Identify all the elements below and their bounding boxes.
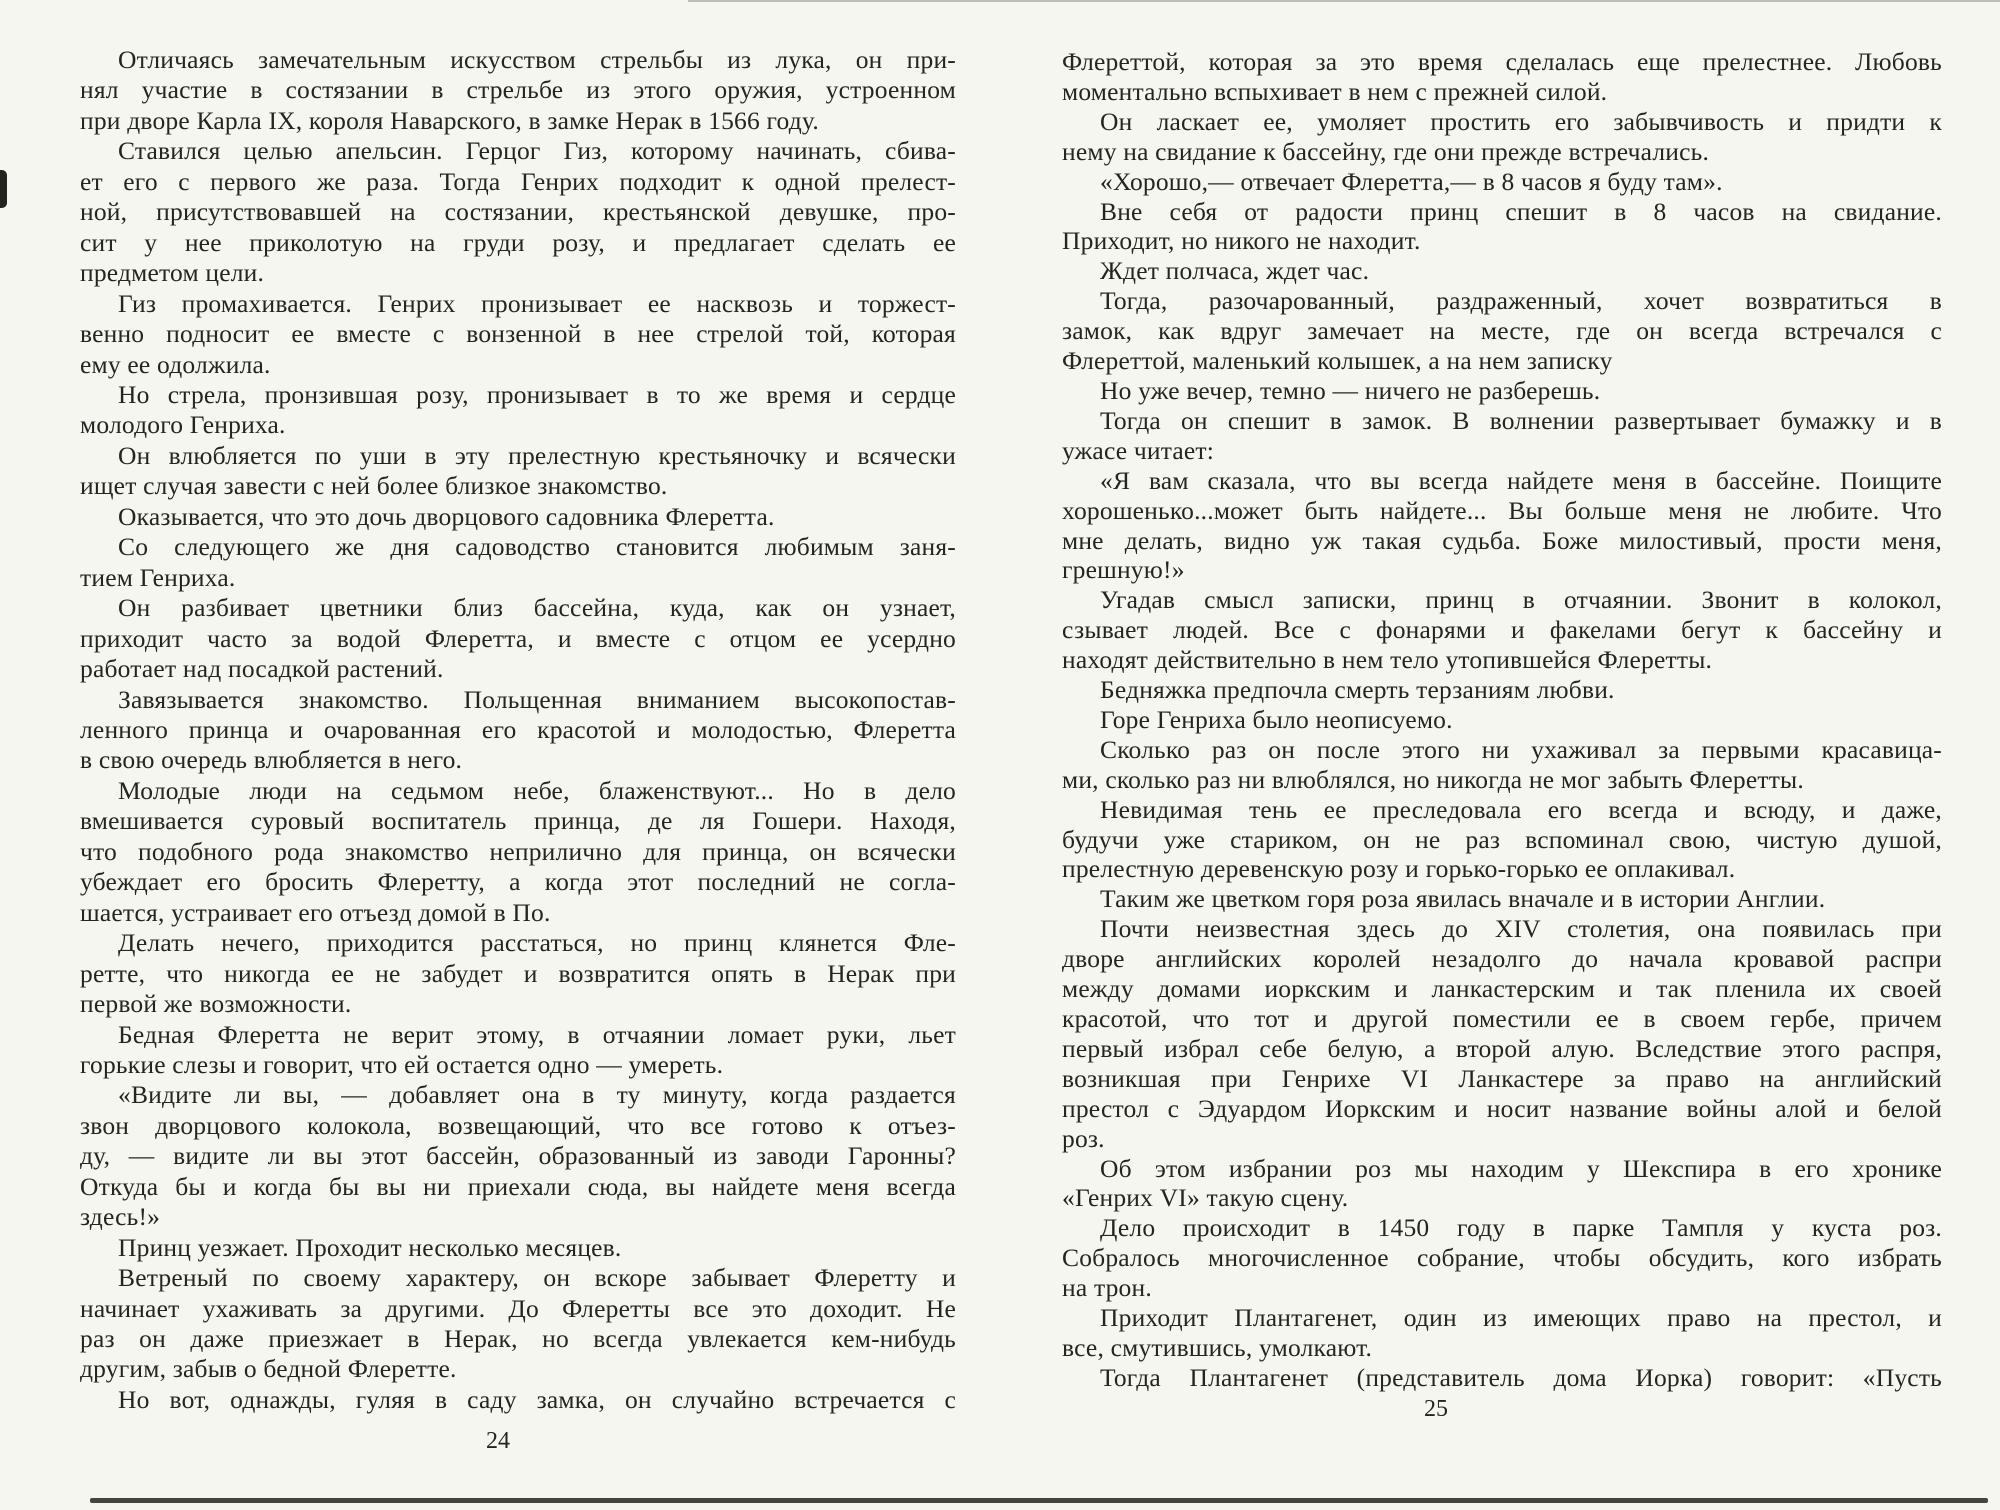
text-line: Делать нечего, приходится расстаться, но… xyxy=(80,928,956,958)
text-line: Флереттой, которая за это время сделалас… xyxy=(1062,47,1942,77)
text-line: Ждет полчаса, ждет час. xyxy=(1062,256,1942,286)
text-line: будучи уже стариком, он не раз вспоминал… xyxy=(1062,825,1942,855)
text-line: предметом цели. xyxy=(80,258,956,288)
book-spread: Отличаясь замечательным искусством стрел… xyxy=(0,0,2000,1510)
text-line: хорошенько...может быть найдете... Вы бо… xyxy=(1062,496,1942,526)
text-line: первой же возможности. xyxy=(80,989,956,1019)
text-line: вмешивается суровый воспитатель принца, … xyxy=(80,806,956,836)
text-line: ужасе читает: xyxy=(1062,436,1942,466)
text-line: убеждает его бросить Флеретту, а когда э… xyxy=(80,867,956,897)
text-line: Бедняжка предпочла смерть терзаниям любв… xyxy=(1062,675,1942,705)
text-line: другим, забыв о бедной Флеретте. xyxy=(80,1354,956,1384)
text-line: здесь!» xyxy=(80,1202,956,1232)
text-line: ми, сколько раз ни влюблялся, но никогда… xyxy=(1062,765,1942,795)
text-line: Почти неизвестная здесь до XIV столетия,… xyxy=(1062,914,1942,944)
text-line: в свою очередь влюбляется в него. xyxy=(80,745,956,775)
scan-artifact-bottom-line xyxy=(90,1498,1988,1503)
text-line: сзывает людей. Все с фонарями и факелами… xyxy=(1062,615,1942,645)
text-line: Ставился целью апельсин. Герцог Гиз, кот… xyxy=(80,136,956,166)
text-line: ной, присутствовавшей на состязании, кре… xyxy=(80,197,956,227)
text-line: работает над посадкой растений. xyxy=(80,654,956,684)
text-line: горькие слезы и говорит, что ей остается… xyxy=(80,1050,956,1080)
text-line: Он влюбляется по уши в эту прелестную кр… xyxy=(80,441,956,471)
text-line: все, смутившись, умолкают. xyxy=(1062,1333,1942,1363)
text-line: Об этом избрании роз мы находим у Шекспи… xyxy=(1062,1154,1942,1184)
text-line: престол с Эдуардом Иоркским и носит назв… xyxy=(1062,1094,1942,1124)
text-line: Дело происходит в 1450 году в парке Тамп… xyxy=(1062,1213,1942,1243)
text-line: Угадав смысл записки, принц в отчаянии. … xyxy=(1062,585,1942,615)
text-line: Завязывается знакомство. Польщенная вним… xyxy=(80,685,956,715)
text-line: «Хорошо,— отвечает Флеретта,— в 8 часов … xyxy=(1062,167,1942,197)
text-line: дворе английских королей незадолго до на… xyxy=(1062,944,1942,974)
text-line: между домами иоркским и ланкастерским и … xyxy=(1062,974,1942,1004)
text-line: молодого Генриха. xyxy=(80,410,956,440)
text-line: Тогда Плантагенет (представитель дома Ио… xyxy=(1062,1363,1942,1393)
text-line: Ветреный по своему характеру, он вскоре … xyxy=(80,1263,956,1293)
text-line: Приходит Плантагенет, один из имеющих пр… xyxy=(1062,1303,1942,1333)
text-line: ленного принца и очарованная его красото… xyxy=(80,715,956,745)
text-line: Горе Генриха было неописуемо. xyxy=(1062,705,1942,735)
page-25-text-column: Флереттой, которая за это время сделалас… xyxy=(1062,47,1942,1393)
text-line: начинает ухаживать за другими. До Флерет… xyxy=(80,1294,956,1324)
text-line: замок, как вдруг замечает на месте, где … xyxy=(1062,316,1942,346)
text-line: Бедная Флеретта не верит этому, в отчаян… xyxy=(80,1020,956,1050)
text-line: приходит часто за водой Флеретта, и вмес… xyxy=(80,624,956,654)
text-line: Таким же цветком горя роза явилась внача… xyxy=(1062,884,1942,914)
text-line: Он ласкает ее, умоляет простить его забы… xyxy=(1062,107,1942,137)
text-line: «Видите ли вы, — добавляет она в ту мину… xyxy=(80,1080,956,1110)
scan-artifact-top-line xyxy=(688,0,2000,2)
text-line: мне делать, видно уж такая судьба. Боже … xyxy=(1062,526,1942,556)
text-line: Гиз промахивается. Генрих пронизывает ее… xyxy=(80,289,956,319)
text-line: Но стрела, пронзившая розу, пронизывает … xyxy=(80,380,956,410)
text-line: что подобного рода знакомство неприлично… xyxy=(80,837,956,867)
text-line: ему ее одолжила. xyxy=(80,350,956,380)
text-line: Молодые люди на седьмом небе, блаженству… xyxy=(80,776,956,806)
text-line: Сколько раз он после этого ни ухаживал з… xyxy=(1062,735,1942,765)
text-line: возникшая при Генрихе VI Ланкастере за п… xyxy=(1062,1064,1942,1094)
text-line: прелестную деревенскую розу и горько-гор… xyxy=(1062,854,1942,884)
text-line: моментально вспыхивает в нем с прежней с… xyxy=(1062,77,1942,107)
text-line: «Генрих VI» такую сцену. xyxy=(1062,1183,1942,1213)
text-line: Но уже вечер, темно — ничего не разбереш… xyxy=(1062,376,1942,406)
scan-artifact-left-edge xyxy=(0,170,7,208)
text-line: Вне себя от радости принц спешит в 8 час… xyxy=(1062,197,1942,227)
text-line: нему на свидание к бассейну, где они пре… xyxy=(1062,137,1942,167)
text-line: звон дворцового колокола, возвещающий, ч… xyxy=(80,1111,956,1141)
text-line: Собралось многочисленное собрание, чтобы… xyxy=(1062,1243,1942,1273)
text-line: при дворе Карла IX, короля Наварского, в… xyxy=(80,106,956,136)
text-line: грешную!» xyxy=(1062,555,1942,585)
text-line: Принц уезжает. Проходит несколько месяце… xyxy=(80,1233,956,1263)
text-line: Но вот, однажды, гуляя в саду замка, он … xyxy=(80,1385,956,1415)
page-24-text-column: Отличаясь замечательным искусством стрел… xyxy=(80,45,956,1415)
text-line: сит у нее приколотую на груди розу, и пр… xyxy=(80,228,956,258)
text-line: ет его с первого же раза. Тогда Генрих п… xyxy=(80,167,956,197)
text-line: на трон. xyxy=(1062,1273,1942,1303)
text-line: Невидимая тень ее преследовала его всегд… xyxy=(1062,795,1942,825)
text-line: шается, устраивает его отъезд домой в По… xyxy=(80,898,956,928)
text-line: тием Генриха. xyxy=(80,563,956,593)
text-line: венно подносит ее вместе с вонзенной в н… xyxy=(80,319,956,349)
text-line: Оказывается, что это дочь дворцового сад… xyxy=(80,502,956,532)
text-line: красотой, что тот и другой поместили ее … xyxy=(1062,1004,1942,1034)
text-line: Со следующего же дня садоводство станови… xyxy=(80,532,956,562)
text-line: роз. xyxy=(1062,1124,1942,1154)
text-line: «Я вам сказала, что вы всегда найдете ме… xyxy=(1062,466,1942,496)
text-line: Отличаясь замечательным искусством стрел… xyxy=(80,45,956,75)
text-line: Флереттой, маленький колышек, а на нем з… xyxy=(1062,346,1942,376)
text-line: Откуда бы и когда бы вы ни приехали сюда… xyxy=(80,1172,956,1202)
page-number-left: 24 xyxy=(466,1428,530,1455)
text-line: находят действительно в нем тело утопивш… xyxy=(1062,645,1942,675)
text-line: нял участие в состязании в стрельбе из э… xyxy=(80,75,956,105)
text-line: Тогда он спешит в замок. В волнении разв… xyxy=(1062,406,1942,436)
text-line: ищет случая завести с ней более близкое … xyxy=(80,471,956,501)
page-number-right: 25 xyxy=(1404,1396,1468,1423)
text-line: Приходит, но никого не находит. xyxy=(1062,226,1942,256)
text-line: первый избрал себе белую, а второй алую.… xyxy=(1062,1034,1942,1064)
text-line: раз он даже приезжает в Нерак, но всегда… xyxy=(80,1324,956,1354)
text-line: ретте, что никогда ее не забудет и возвр… xyxy=(80,959,956,989)
text-line: Тогда, разочарованный, раздраженный, хоч… xyxy=(1062,286,1942,316)
text-line: ду, — видите ли вы этот бассейн, образов… xyxy=(80,1141,956,1171)
text-line: Он разбивает цветники близ бассейна, куд… xyxy=(80,593,956,623)
